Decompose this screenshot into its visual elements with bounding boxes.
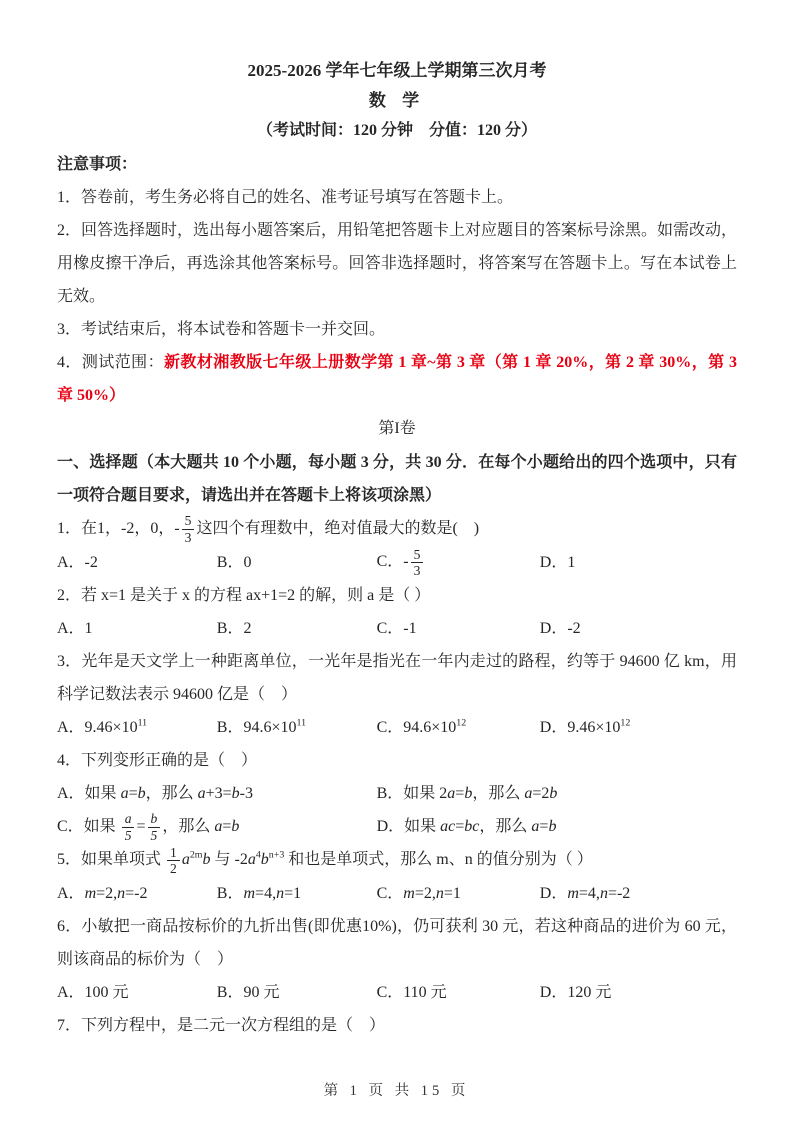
page-title: 2025-2026 学年七年级上学期第三次月考	[57, 56, 737, 86]
question-4-stem: 4．下列变形正确的是（ ）	[57, 744, 737, 777]
question-6-option-c: C．110 元	[377, 976, 540, 1009]
question-3-option-c: C．94.6×1012	[377, 711, 540, 744]
question-3-option-b: B．94.6×1011	[217, 711, 377, 744]
question-2-options: A．1 B．2 C．-1 D．-2	[57, 612, 737, 645]
question-5-option-b: B．m=4,n=1	[217, 877, 377, 910]
question-1-option-a: A．-2	[57, 546, 217, 579]
question-2-option-a: A．1	[57, 612, 217, 645]
question-3-options: A．9.46×1011 B．94.6×1011 C．94.6×1012 D．9.…	[57, 711, 737, 744]
question-4-option-c: C．如果 a5=b5，那么 a=b	[57, 810, 377, 843]
question-5-option-c: C．m=2,n=1	[377, 877, 540, 910]
question-4-option-b: B．如果 2a=b，那么 a=2b	[377, 777, 737, 810]
question-2-stem: 2．若 x=1 是关于 x 的方程 ax+1=2 的解，则 a 是（ ）	[57, 579, 737, 612]
question-2-option-c: C．-1	[377, 612, 540, 645]
question-3-option-d: D．9.46×1012	[540, 711, 737, 744]
exam-paper-page: 2025-2026 学年七年级上学期第三次月考 数 学 （考试时间：120 分钟…	[0, 0, 793, 1122]
volume-title: 第I卷	[57, 412, 737, 446]
question-1-option-c: C．-53	[377, 545, 540, 578]
question-5-option-a: A．m=2,n=-2	[57, 877, 217, 910]
exam-info-line: （考试时间：120 分钟 分值：120 分）	[57, 116, 737, 146]
question-5-stem: 5．如果单项式 12a2mb 与 -2a4bn+3 和也是单项式，那么 m、n …	[57, 843, 737, 876]
section-1-instructions: 一、选择题（本大题共 10 个小题，每小题 3 分，共 30 分．在每个小题给出…	[57, 446, 737, 512]
question-6-stem: 6．小敏把一商品按标价的九折出售(即优惠10%)，仍可获利 30 元，若这种商品…	[57, 910, 737, 976]
subject-title: 数 学	[57, 86, 737, 116]
question-5-option-d: D．m=4,n=-2	[540, 877, 737, 910]
question-4-option-a: A．如果 a=b，那么 a+3=b-3	[57, 777, 377, 810]
notice-item-1: 1．答卷前，考生务必将自己的姓名、准考证号填写在答题卡上。	[57, 181, 737, 214]
question-1-option-d: D．1	[540, 546, 737, 579]
question-3-option-a: A．9.46×1011	[57, 711, 217, 744]
question-3-stem: 3．光年是天文学上一种距离单位，一光年是指光在一年内走过的路程，约等于 9460…	[57, 645, 737, 711]
notice-item-4-exam-scope: 4．测试范围：新教材湘教版七年级上册数学第 1 章~第 3 章（第 1 章 20…	[57, 346, 737, 412]
notice-item-3: 3．考试结束后，将本试卷和答题卡一并交回。	[57, 313, 737, 346]
question-1-options: A．-2 B．0 C．-53 D．1	[57, 545, 737, 578]
question-2-option-d: D．-2	[540, 612, 737, 645]
page-footer: 第 1 页 共 15 页	[0, 1079, 793, 1100]
question-1-option-b: B．0	[217, 546, 377, 579]
question-6-option-d: D．120 元	[540, 976, 737, 1009]
question-4-option-d: D．如果 ac=bc，那么 a=b	[377, 810, 737, 843]
question-1-stem: 1．在1，-2，0，-53这四个有理数中，绝对值最大的数是( )	[57, 512, 737, 545]
notices-heading: 注意事项：	[57, 148, 737, 181]
question-5-options: A．m=2,n=-2 B．m=4,n=1 C．m=2,n=1 D．m=4,n=-…	[57, 877, 737, 910]
question-6-options: A．100 元 B．90 元 C．110 元 D．120 元	[57, 976, 737, 1009]
question-6-option-a: A．100 元	[57, 976, 217, 1009]
question-4-options: A．如果 a=b，那么 a+3=b-3 B．如果 2a=b，那么 a=2b C．…	[57, 777, 737, 843]
question-7-stem: 7．下列方程中，是二元一次方程组的是（ ）	[57, 1009, 737, 1042]
question-2-option-b: B．2	[217, 612, 377, 645]
notice-item-2: 2．回答选择题时，选出每小题答案后，用铅笔把答题卡上对应题目的答案标号涂黑。如需…	[57, 214, 737, 313]
question-6-option-b: B．90 元	[217, 976, 377, 1009]
